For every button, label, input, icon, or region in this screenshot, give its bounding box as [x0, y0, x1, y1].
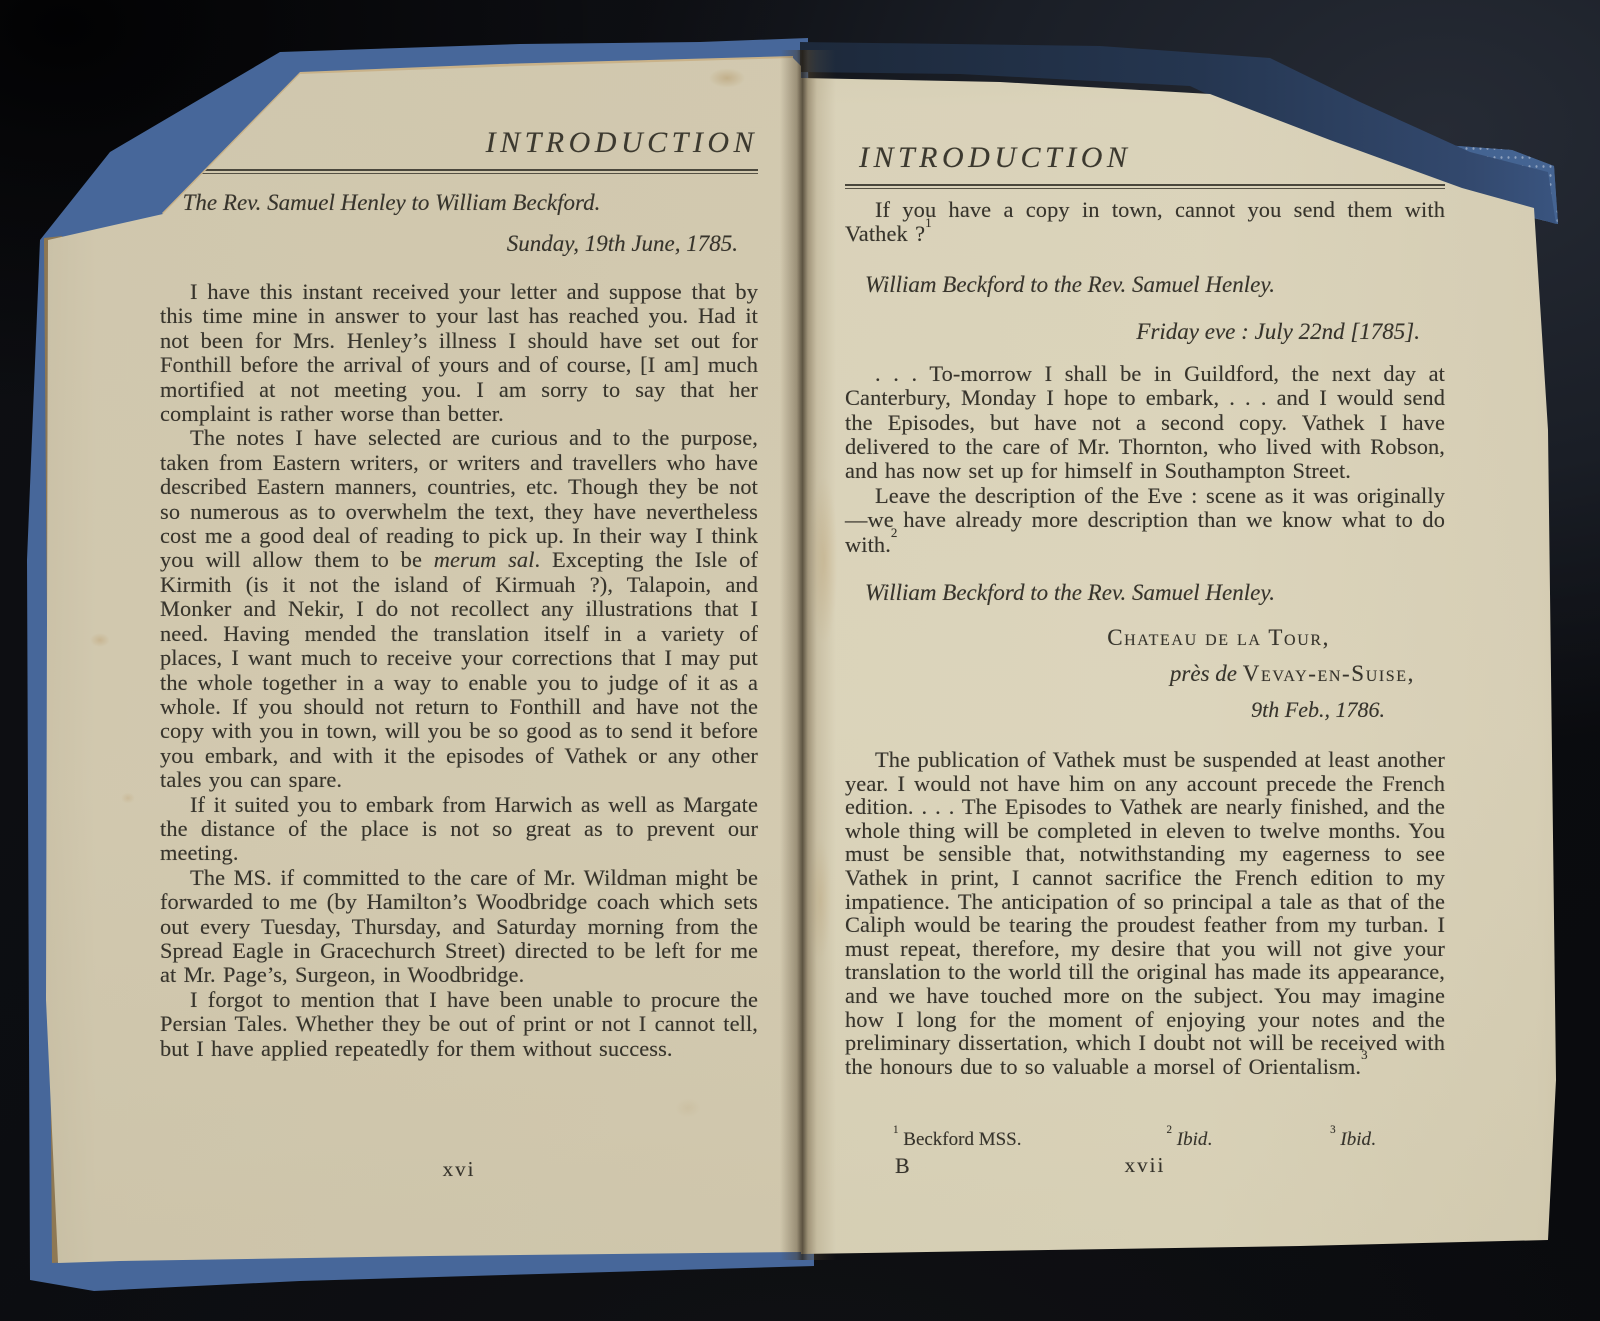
address-line: près de Vevay-en-Suise, [845, 656, 1445, 692]
paragraph: The notes I have selected are curious an… [160, 426, 758, 792]
letter-heading: The Rev. Samuel Henley to William Beckfo… [160, 190, 758, 216]
address-line: 9th Feb., 1786. [845, 692, 1445, 728]
carryover-paragraph-block: If you have a copy in town, cannot you s… [845, 198, 1445, 247]
signature-mark: B [895, 1153, 910, 1179]
address-block: Chateau de la Tour, près de Vevay-en-Sui… [845, 620, 1445, 728]
page-footer-right: B xvii [845, 1153, 1445, 1178]
footnote: 1 Beckford MSS. [893, 1129, 1022, 1151]
open-book-photo: INTRODUCTION The Rev. Samuel Henley to W… [0, 0, 1600, 1321]
left-page-text-block: INTRODUCTION The Rev. Samuel Henley to W… [160, 126, 758, 1061]
running-head-left: INTRODUCTION [160, 126, 758, 160]
paragraph: The publication of Vathek must be suspen… [845, 748, 1445, 1078]
footnote: 3 Ibid. [1330, 1129, 1376, 1151]
dateline: Friday eve : July 22nd [1785]. [845, 319, 1445, 345]
letter-heading: William Beckford to the Rev. Samuel Henl… [845, 580, 1445, 606]
page-number-right: xvii [845, 1153, 1445, 1178]
address-line: Chateau de la Tour, [845, 620, 1445, 656]
letter-heading: William Beckford to the Rev. Samuel Henl… [845, 272, 1445, 298]
page-number-left: xvi [160, 1157, 758, 1182]
right-page-text-block: INTRODUCTION If you have a copy in town,… [845, 141, 1445, 1078]
letter-body: The publication of Vathek must be suspen… [845, 748, 1445, 1078]
paragraph: The MS. if committed to the care of Mr. … [160, 866, 758, 988]
footnote: 2 Ibid. [1167, 1129, 1213, 1151]
paragraph: If you have a copy in town, cannot you s… [845, 198, 1445, 247]
paragraph: I forgot to mention that I have been una… [160, 988, 758, 1061]
paragraph: If it suited you to embark from Harwich … [160, 793, 758, 866]
letter-body: I have this instant received your letter… [160, 280, 758, 1061]
double-rule-left [160, 169, 758, 174]
letter-body: . . . To-morrow I shall be in Guildford,… [845, 362, 1445, 557]
paragraph: I have this instant received your letter… [160, 280, 758, 426]
book-gutter-shadow [780, 50, 836, 1260]
double-rule-right [845, 184, 1445, 189]
dateline: Sunday, 19th June, 1785. [160, 231, 758, 257]
paragraph: Leave the description of the Eve : scene… [845, 484, 1445, 557]
footnotes-row: 1 Beckford MSS. 2 Ibid. 3 Ibid. [845, 1129, 1445, 1151]
paragraph: . . . To-morrow I shall be in Guildford,… [845, 362, 1445, 484]
